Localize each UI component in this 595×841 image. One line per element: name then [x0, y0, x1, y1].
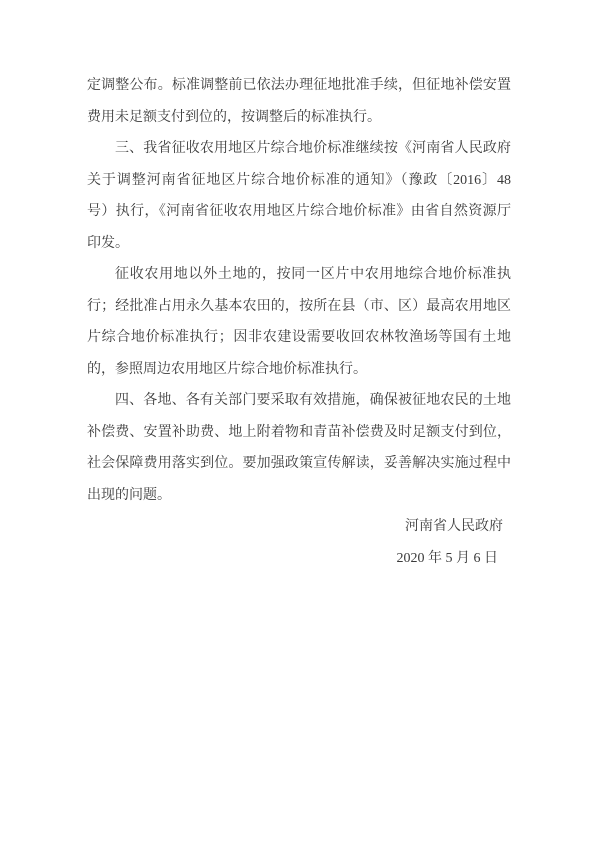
paragraph-line: 出现的问题。 — [87, 480, 511, 512]
document-text-block: 定调整公布。标准调整前已依法办理征地批准手续，但征地补偿安置 费用未足额支付到位… — [87, 70, 511, 574]
paragraph-line: 的，参照周边农用地区片综合地价标准执行。 — [87, 354, 511, 386]
signature-date: 2020 年 5 月 6 日 — [87, 543, 511, 575]
paragraph-line: 费用未足额支付到位的，按调整后的标准执行。 — [87, 102, 511, 134]
paragraph-line: 行；经批准占用永久基本农田的，按所在县（市、区）最高农用地区 — [87, 291, 511, 323]
paragraph-line: 征收农用地以外土地的，按同一区片中农用地综合地价标准执 — [87, 259, 511, 291]
paragraph-line: 社会保障费用落实到位。要加强政策宣传解读，妥善解决实施过程中 — [87, 448, 511, 480]
paragraph-line: 片综合地价标准执行；因非农建设需要收回农林牧渔场等国有土地 — [87, 322, 511, 354]
paragraph-line: 四、各地、各有关部门要采取有效措施，确保被征地农民的土地 — [87, 385, 511, 417]
paragraph-line: 补偿费、安置补助费、地上附着物和青苗补偿费及时足额支付到位， — [87, 417, 511, 449]
paragraph-line: 三、我省征收农用地区片综合地价标准继续按《河南省人民政府 — [87, 133, 511, 165]
paragraph-line: 印发。 — [87, 228, 511, 260]
signature-author: 河南省人民政府 — [87, 511, 511, 543]
paragraph-line: 定调整公布。标准调整前已依法办理征地批准手续，但征地补偿安置 — [87, 70, 511, 102]
paragraph-line: 号）执行，《河南省征收农用地区片综合地价标准》由省自然资源厅 — [87, 196, 511, 228]
document-page: 定调整公布。标准调整前已依法办理征地批准手续，但征地补偿安置 费用未足额支付到位… — [0, 0, 595, 841]
paragraph-line: 关于调整河南省征地区片综合地价标准的通知》（豫政〔2016〕48 — [87, 165, 511, 197]
